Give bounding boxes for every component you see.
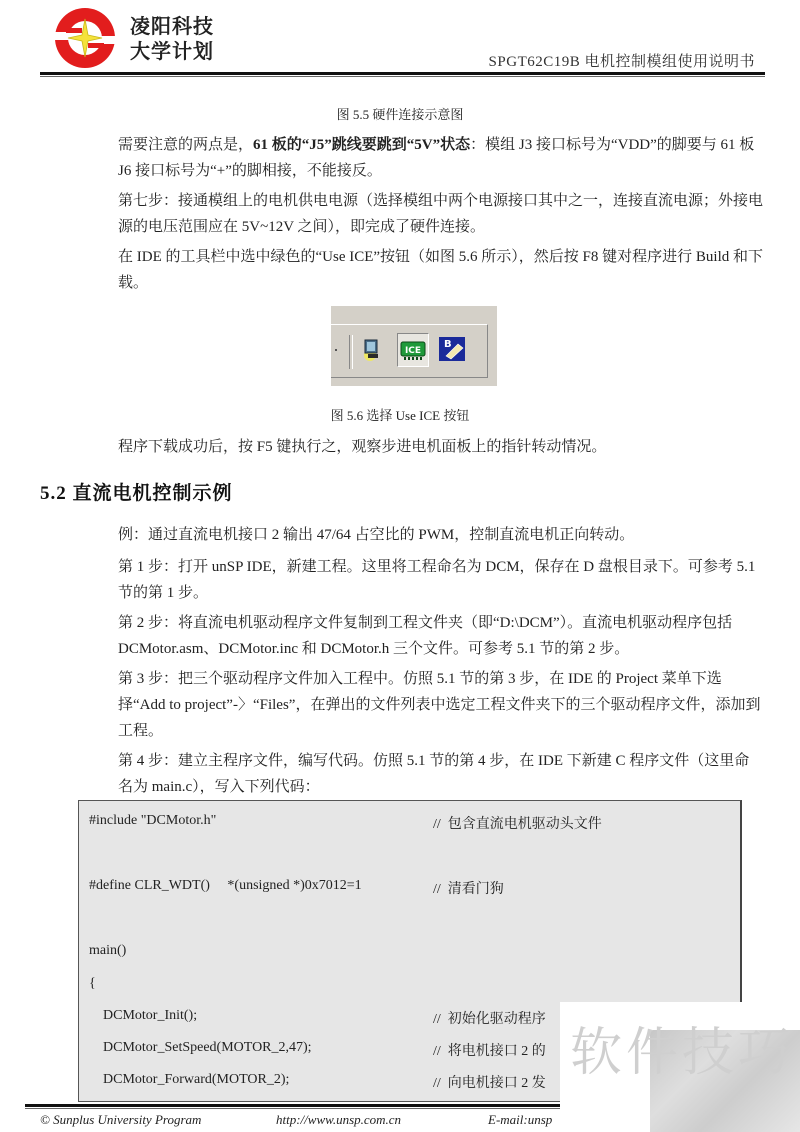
build-button[interactable]: B	[437, 333, 467, 365]
step2-paragraph: 第 2 步：将直流电机驱动程序文件复制到工程文件夹（即“D:\DCM”）。直流电…	[118, 610, 763, 662]
step7-paragraph: 第七步：接通模组上的电机供电电源（选择模组中两个电源接口其中之一，连接直流电源；…	[118, 188, 763, 240]
use-ice-button[interactable]: ICE	[397, 333, 429, 367]
svg-text:B: B	[444, 339, 452, 350]
footer-email[interactable]: E-mail:unsp	[488, 1112, 552, 1128]
code-line: #include "DCMotor.h"	[89, 813, 216, 829]
toolbar-screenshot: ICE B	[331, 306, 497, 386]
code-line: #define CLR_WDT() *(unsigned *)0x7012=1	[89, 878, 362, 894]
monitor-icon	[360, 337, 384, 361]
build-icon: B	[438, 336, 466, 362]
toolbar-strip: ICE B	[331, 324, 488, 378]
sunplus-logo	[52, 5, 118, 71]
document-title: SPGT62C19B 电机控制模组使用说明书	[489, 50, 755, 71]
code-comment: // 清看门狗	[433, 878, 504, 898]
figure-5-5-caption: 图 5.5 硬件连接示意图	[0, 104, 800, 123]
monitor-button[interactable]	[357, 333, 387, 365]
code-line: DCMotor_SetSpeed(MOTOR_2,47);	[89, 1040, 312, 1056]
code-line: DCMotor_Forward(MOTOR_2);	[89, 1072, 289, 1088]
step3-paragraph: 第 3 步：把三个驱动程序文件加入工程中。仿照 5.1 节的第 3 步，在 ID…	[118, 666, 763, 744]
code-comment: // 初始化驱动程序	[433, 1008, 546, 1028]
header-rule-thin	[40, 76, 765, 77]
header-rule	[40, 72, 765, 75]
example-paragraph: 例：通过直流电机接口 2 输出 47/64 占空比的 PWM，控制直流电机正向转…	[118, 522, 763, 548]
footer-url[interactable]: http://www.unsp.com.cn	[276, 1112, 401, 1128]
step4-paragraph: 第 4 步：建立主程序文件，编写代码。仿照 5.1 节的第 4 步，在 IDE …	[118, 748, 763, 800]
toolbar-separator	[349, 335, 353, 369]
brand-name: 凌阳科技 大学计划	[130, 14, 214, 64]
watermark-text: 软件技巧	[570, 1010, 794, 1085]
figure-5-6-caption: 图 5.6 选择 Use ICE 按钮	[0, 405, 800, 424]
step1-paragraph: 第 1 步：打开 unSP IDE，新建工程。这里将工程命名为 DCM，保存在 …	[118, 554, 763, 606]
ice-chip-icon: ICE	[399, 339, 427, 361]
logo-icon	[52, 5, 118, 71]
code-comment: // 向电机接口 2 发	[433, 1072, 546, 1092]
code-line: {	[89, 976, 96, 992]
section-heading-5-2: 5.2 直流电机控制示例	[40, 478, 233, 505]
note-paragraph: 需要注意的两点是，61 板的“J5”跳线要跳到“5V”状态：模组 J3 接口标号…	[118, 132, 763, 184]
code-comment: // 包含直流电机驱动头文件	[433, 813, 602, 833]
brand-line-1: 凌阳科技	[130, 14, 214, 39]
code-line: DCMotor_Init();	[89, 1008, 197, 1024]
note-emphasis: 61 板的“J5”跳线要跳到“5V”状态	[253, 137, 470, 153]
toolbar-grip	[335, 349, 337, 351]
svg-text:ICE: ICE	[405, 346, 421, 356]
code-comment: // 将电机接口 2 的	[433, 1040, 546, 1060]
brand-line-2: 大学计划	[130, 39, 214, 64]
note-lead: 需要注意的两点是，	[118, 137, 253, 153]
after-download-paragraph: 程序下载成功后，按 F5 键执行之，观察步进电机面板上的指针转动情况。	[118, 434, 763, 460]
code-line: main()	[89, 943, 126, 959]
footer-copyright: © Sunplus University Program	[40, 1112, 201, 1128]
ide-paragraph: 在 IDE 的工具栏中选中绿色的“Use ICE”按钮（如图 5.6 所示），然…	[118, 244, 763, 296]
